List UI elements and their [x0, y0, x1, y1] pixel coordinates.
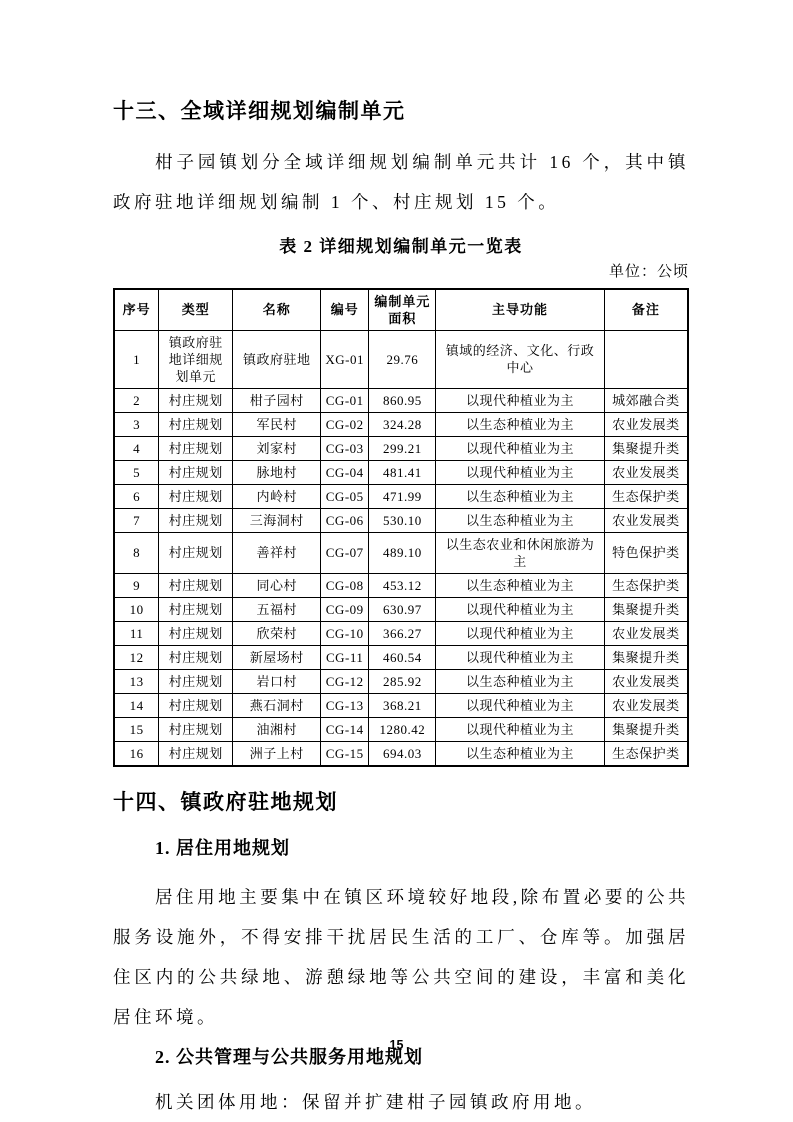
- table-cell: 善祥村: [233, 532, 321, 573]
- table-cell: 3: [114, 412, 159, 436]
- table-cell: 镇政府驻地: [233, 330, 321, 388]
- page-number: 15: [0, 1038, 793, 1052]
- page-content: 十三、全域详细规划编制单元 柑子园镇划分全域详细规划编制单元共计 16 个，其中…: [113, 0, 689, 1122]
- table-cell: 同心村: [233, 573, 321, 597]
- table-cell: 新屋场村: [233, 645, 321, 669]
- table-cell: 岩口村: [233, 669, 321, 693]
- table-cell: 农业发展类: [604, 621, 688, 645]
- section-13-heading: 十三、全域详细规划编制单元: [113, 98, 689, 125]
- table-cell: CG-11: [321, 645, 369, 669]
- table-cell: 村庄规划: [159, 388, 233, 412]
- table-cell: 10: [114, 597, 159, 621]
- table-cell: CG-05: [321, 484, 369, 508]
- table-cell: 军民村: [233, 412, 321, 436]
- table-cell: CG-13: [321, 693, 369, 717]
- table-cell: 2: [114, 388, 159, 412]
- table-cell: 村庄规划: [159, 573, 233, 597]
- column-header: 类型: [159, 289, 233, 330]
- table-cell: 471.99: [369, 484, 436, 508]
- table-cell: 村庄规划: [159, 645, 233, 669]
- section-14-heading: 十四、镇政府驻地规划: [113, 789, 689, 816]
- table-cell: 村庄规划: [159, 741, 233, 766]
- table-cell: 5: [114, 460, 159, 484]
- subsection-2-paragraph: 机关团体用地：保留并扩建柑子园镇政府用地。: [113, 1082, 689, 1122]
- table-cell: 农业发展类: [604, 693, 688, 717]
- table-title: 表 2 详细规划编制单元一览表: [113, 235, 689, 258]
- table-cell: 村庄规划: [159, 717, 233, 741]
- table-cell: 村庄规划: [159, 693, 233, 717]
- column-header: 备注: [604, 289, 688, 330]
- table-cell: 以现代种植业为主: [436, 436, 604, 460]
- table-row: 3村庄规划军民村CG-02324.28以生态种植业为主农业发展类: [114, 412, 688, 436]
- unit-note: 单位：公顷: [113, 262, 689, 282]
- table-header-row: 序号类型名称编号编制单元面积主导功能备注: [114, 289, 688, 330]
- table-cell: 洲子上村: [233, 741, 321, 766]
- table-cell: 481.41: [369, 460, 436, 484]
- table-cell: 农业发展类: [604, 412, 688, 436]
- table-cell: 以生态种植业为主: [436, 412, 604, 436]
- table-cell: CG-04: [321, 460, 369, 484]
- table-cell: 285.92: [369, 669, 436, 693]
- table-cell: 366.27: [369, 621, 436, 645]
- table-cell: 1: [114, 330, 159, 388]
- table-row: 4村庄规划刘家村CG-03299.21以现代种植业为主集聚提升类: [114, 436, 688, 460]
- table-cell: 489.10: [369, 532, 436, 573]
- table-cell: CG-02: [321, 412, 369, 436]
- table-cell: 6: [114, 484, 159, 508]
- table-cell: 以现代种植业为主: [436, 693, 604, 717]
- table-cell: CG-03: [321, 436, 369, 460]
- table-cell: 以生态种植业为主: [436, 508, 604, 532]
- table-row: 11村庄规划欣荣村CG-10366.27以现代种植业为主农业发展类: [114, 621, 688, 645]
- table-cell: 694.03: [369, 741, 436, 766]
- table-cell: 13: [114, 669, 159, 693]
- subsection-1-heading: 1. 居住用地规划: [155, 837, 689, 860]
- table-cell: 以生态种植业为主: [436, 669, 604, 693]
- table-row: 12村庄规划新屋场村CG-11460.54以现代种植业为主集聚提升类: [114, 645, 688, 669]
- table-row: 14村庄规划燕石洞村CG-13368.21以现代种植业为主农业发展类: [114, 693, 688, 717]
- table-row: 9村庄规划同心村CG-08453.12以生态种植业为主生态保护类: [114, 573, 688, 597]
- table-cell: 生态保护类: [604, 484, 688, 508]
- table-cell: [604, 330, 688, 388]
- table-cell: 530.10: [369, 508, 436, 532]
- table-cell: 特色保护类: [604, 532, 688, 573]
- table-row: 2村庄规划柑子园村CG-01860.95以现代种植业为主城郊融合类: [114, 388, 688, 412]
- table-cell: 村庄规划: [159, 621, 233, 645]
- table-cell: 村庄规划: [159, 532, 233, 573]
- table-cell: CG-06: [321, 508, 369, 532]
- table-cell: 三海洞村: [233, 508, 321, 532]
- table-row: 5村庄规划脉地村CG-04481.41以现代种植业为主农业发展类: [114, 460, 688, 484]
- table-cell: 集聚提升类: [604, 597, 688, 621]
- table-cell: CG-08: [321, 573, 369, 597]
- section-13-paragraph: 柑子园镇划分全域详细规划编制单元共计 16 个，其中镇政府驻地详细规划编制 1 …: [113, 142, 689, 222]
- table-cell: 以现代种植业为主: [436, 645, 604, 669]
- table-cell: XG-01: [321, 330, 369, 388]
- table-cell: 1280.42: [369, 717, 436, 741]
- table-cell: 4: [114, 436, 159, 460]
- table-cell: CG-12: [321, 669, 369, 693]
- table-cell: 以生态农业和休闲旅游为主: [436, 532, 604, 573]
- table-row: 13村庄规划岩口村CG-12285.92以生态种植业为主农业发展类: [114, 669, 688, 693]
- table-row: 16村庄规划洲子上村CG-15694.03以生态种植业为主生态保护类: [114, 741, 688, 766]
- table-cell: 村庄规划: [159, 412, 233, 436]
- table-cell: 460.54: [369, 645, 436, 669]
- table-cell: 以生态种植业为主: [436, 741, 604, 766]
- column-header: 编制单元面积: [369, 289, 436, 330]
- table-cell: 农业发展类: [604, 508, 688, 532]
- table-cell: 油湘村: [233, 717, 321, 741]
- page-container: 十三、全域详细规划编制单元 柑子园镇划分全域详细规划编制单元共计 16 个，其中…: [0, 0, 793, 1122]
- table-cell: 8: [114, 532, 159, 573]
- table-cell: 以现代种植业为主: [436, 460, 604, 484]
- table-cell: 453.12: [369, 573, 436, 597]
- table-cell: 368.21: [369, 693, 436, 717]
- column-header: 名称: [233, 289, 321, 330]
- table-cell: CG-01: [321, 388, 369, 412]
- column-header: 主导功能: [436, 289, 604, 330]
- table-cell: 欣荣村: [233, 621, 321, 645]
- table-cell: 柑子园村: [233, 388, 321, 412]
- table-cell: 以现代种植业为主: [436, 597, 604, 621]
- table-cell: 29.76: [369, 330, 436, 388]
- table-cell: CG-09: [321, 597, 369, 621]
- table-cell: 14: [114, 693, 159, 717]
- table-cell: 农业发展类: [604, 669, 688, 693]
- table-cell: 12: [114, 645, 159, 669]
- table-cell: 五福村: [233, 597, 321, 621]
- table-cell: 集聚提升类: [604, 645, 688, 669]
- table-cell: 镇域的经济、文化、行政中心: [436, 330, 604, 388]
- column-header: 编号: [321, 289, 369, 330]
- table-cell: 村庄规划: [159, 669, 233, 693]
- table-cell: 村庄规划: [159, 597, 233, 621]
- column-header: 序号: [114, 289, 159, 330]
- table-cell: 村庄规划: [159, 484, 233, 508]
- table-row: 7村庄规划三海洞村CG-06530.10以生态种植业为主农业发展类: [114, 508, 688, 532]
- table-cell: 以现代种植业为主: [436, 621, 604, 645]
- table-cell: 以生态种植业为主: [436, 484, 604, 508]
- table-row: 10村庄规划五福村CG-09630.97以现代种植业为主集聚提升类: [114, 597, 688, 621]
- table-cell: 324.28: [369, 412, 436, 436]
- table-cell: 299.21: [369, 436, 436, 460]
- table-cell: 燕石洞村: [233, 693, 321, 717]
- table-cell: 村庄规划: [159, 436, 233, 460]
- table-body: 1镇政府驻地详细规划单元镇政府驻地XG-0129.76镇域的经济、文化、行政中心…: [114, 330, 688, 766]
- table-cell: 以生态种植业为主: [436, 573, 604, 597]
- table-cell: CG-10: [321, 621, 369, 645]
- table-cell: 村庄规划: [159, 508, 233, 532]
- table-cell: CG-15: [321, 741, 369, 766]
- table-cell: 860.95: [369, 388, 436, 412]
- table-cell: CG-07: [321, 532, 369, 573]
- table-row: 1镇政府驻地详细规划单元镇政府驻地XG-0129.76镇域的经济、文化、行政中心: [114, 330, 688, 388]
- table-cell: 15: [114, 717, 159, 741]
- table-cell: 生态保护类: [604, 741, 688, 766]
- table-cell: 7: [114, 508, 159, 532]
- table-cell: 生态保护类: [604, 573, 688, 597]
- table-cell: 农业发展类: [604, 460, 688, 484]
- table-cell: CG-14: [321, 717, 369, 741]
- table-cell: 刘家村: [233, 436, 321, 460]
- table-cell: 城郊融合类: [604, 388, 688, 412]
- table-cell: 16: [114, 741, 159, 766]
- table-cell: 以现代种植业为主: [436, 717, 604, 741]
- table-row: 6村庄规划内岭村CG-05471.99以生态种植业为主生态保护类: [114, 484, 688, 508]
- table-cell: 集聚提升类: [604, 436, 688, 460]
- table-cell: 村庄规划: [159, 460, 233, 484]
- planning-units-table: 序号类型名称编号编制单元面积主导功能备注 1镇政府驻地详细规划单元镇政府驻地XG…: [113, 288, 689, 767]
- table-cell: 集聚提升类: [604, 717, 688, 741]
- table-cell: 以现代种植业为主: [436, 388, 604, 412]
- table-cell: 630.97: [369, 597, 436, 621]
- table-cell: 11: [114, 621, 159, 645]
- table-row: 15村庄规划油湘村CG-141280.42以现代种植业为主集聚提升类: [114, 717, 688, 741]
- table-cell: 9: [114, 573, 159, 597]
- table-row: 8村庄规划善祥村CG-07489.10以生态农业和休闲旅游为主特色保护类: [114, 532, 688, 573]
- table-cell: 内岭村: [233, 484, 321, 508]
- table-cell: 脉地村: [233, 460, 321, 484]
- table-cell: 镇政府驻地详细规划单元: [159, 330, 233, 388]
- subsection-1-paragraph: 居住用地主要集中在镇区环境较好地段,除布置必要的公共服务设施外，不得安排干扰居民…: [113, 877, 689, 1037]
